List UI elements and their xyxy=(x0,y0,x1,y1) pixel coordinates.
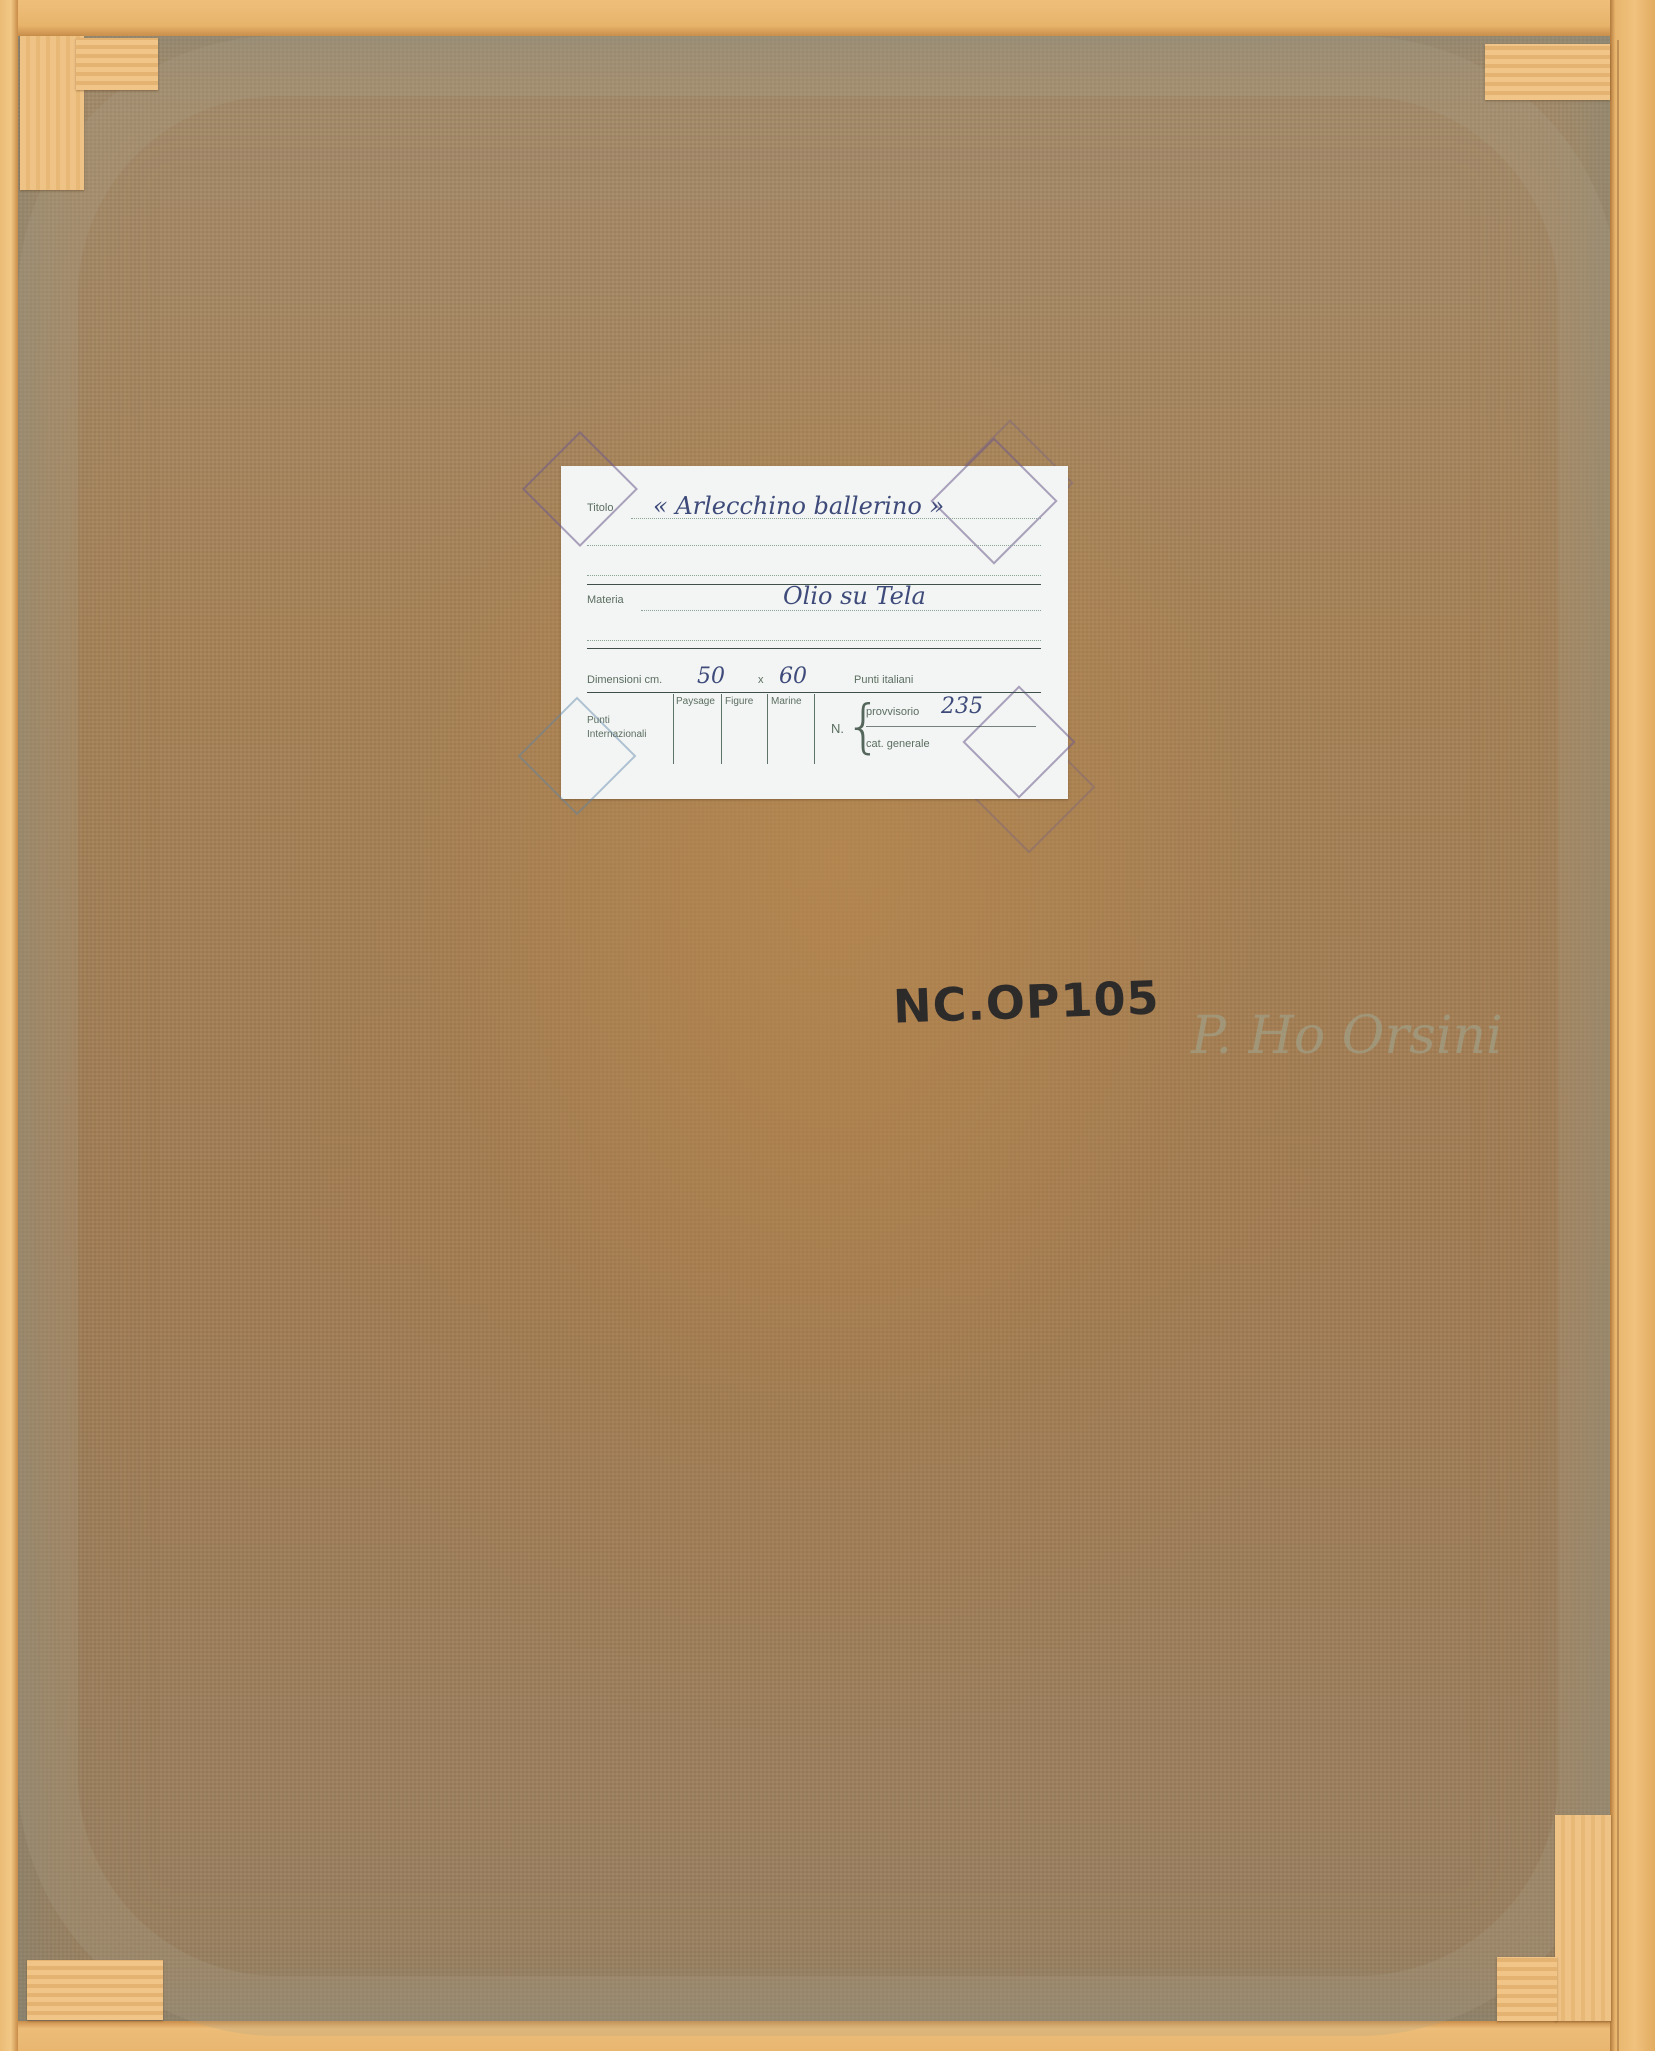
column-paysage: Paysage xyxy=(676,696,715,707)
column-divider xyxy=(814,694,815,764)
frame-seam xyxy=(1617,40,1619,2051)
section-rule xyxy=(587,692,1041,693)
faint-signature: P. Ho Orsini xyxy=(1191,1006,1503,1066)
stretcher-bar-left xyxy=(0,0,18,2051)
provvisorio-value: 235 xyxy=(941,694,983,719)
dotted-rule xyxy=(587,640,1041,641)
n-caption: N. xyxy=(831,721,844,736)
materia-value: Olio su Tela xyxy=(783,582,926,610)
catalog-label: P. Ho Orsini Titolo « Arlecchino balleri… xyxy=(561,466,1068,799)
dimension-x: x xyxy=(758,674,764,686)
column-figure: Figure xyxy=(725,696,753,707)
corner-key-bottom-right-horizontal xyxy=(1497,1957,1557,2021)
corner-key-bottom-left xyxy=(27,1960,163,2020)
provvisorio-rule xyxy=(866,726,1036,727)
column-divider xyxy=(673,694,674,764)
dimension-height: 60 xyxy=(779,664,807,689)
dotted-rule xyxy=(587,575,1041,576)
inventory-mark: NC.OP105 xyxy=(892,970,1160,1033)
dimension-width: 50 xyxy=(697,664,725,689)
column-divider xyxy=(767,694,768,764)
stretcher-bar-top xyxy=(0,0,1655,36)
materia-caption: Materia xyxy=(587,594,624,606)
corner-key-top-left-horizontal xyxy=(76,38,158,90)
cat-generale-caption: cat. generale xyxy=(866,738,930,750)
punti-internazionali-caption-1: Punti xyxy=(587,715,610,726)
column-marine: Marine xyxy=(771,696,802,707)
punti-italiani-caption: Punti italiani xyxy=(854,674,913,686)
dotted-rule xyxy=(641,610,1041,611)
stretcher-bar-bottom xyxy=(0,2021,1655,2051)
dotted-rule xyxy=(587,545,1041,546)
provvisorio-caption: provvisorio xyxy=(866,706,919,718)
corner-key-bottom-right-vertical xyxy=(1555,1815,1611,2021)
punti-internazionali-caption-2: Internazionali xyxy=(587,729,646,740)
titolo-value: « Arlecchino ballerino » xyxy=(653,492,944,520)
dotted-rule xyxy=(631,518,1041,519)
corner-key-top-right xyxy=(1485,44,1610,100)
dimensioni-caption: Dimensioni cm. xyxy=(587,674,662,686)
corner-key-top-left-vertical xyxy=(20,36,84,190)
section-rule xyxy=(587,648,1041,649)
titolo-caption: Titolo xyxy=(587,502,614,514)
column-divider xyxy=(721,694,722,764)
